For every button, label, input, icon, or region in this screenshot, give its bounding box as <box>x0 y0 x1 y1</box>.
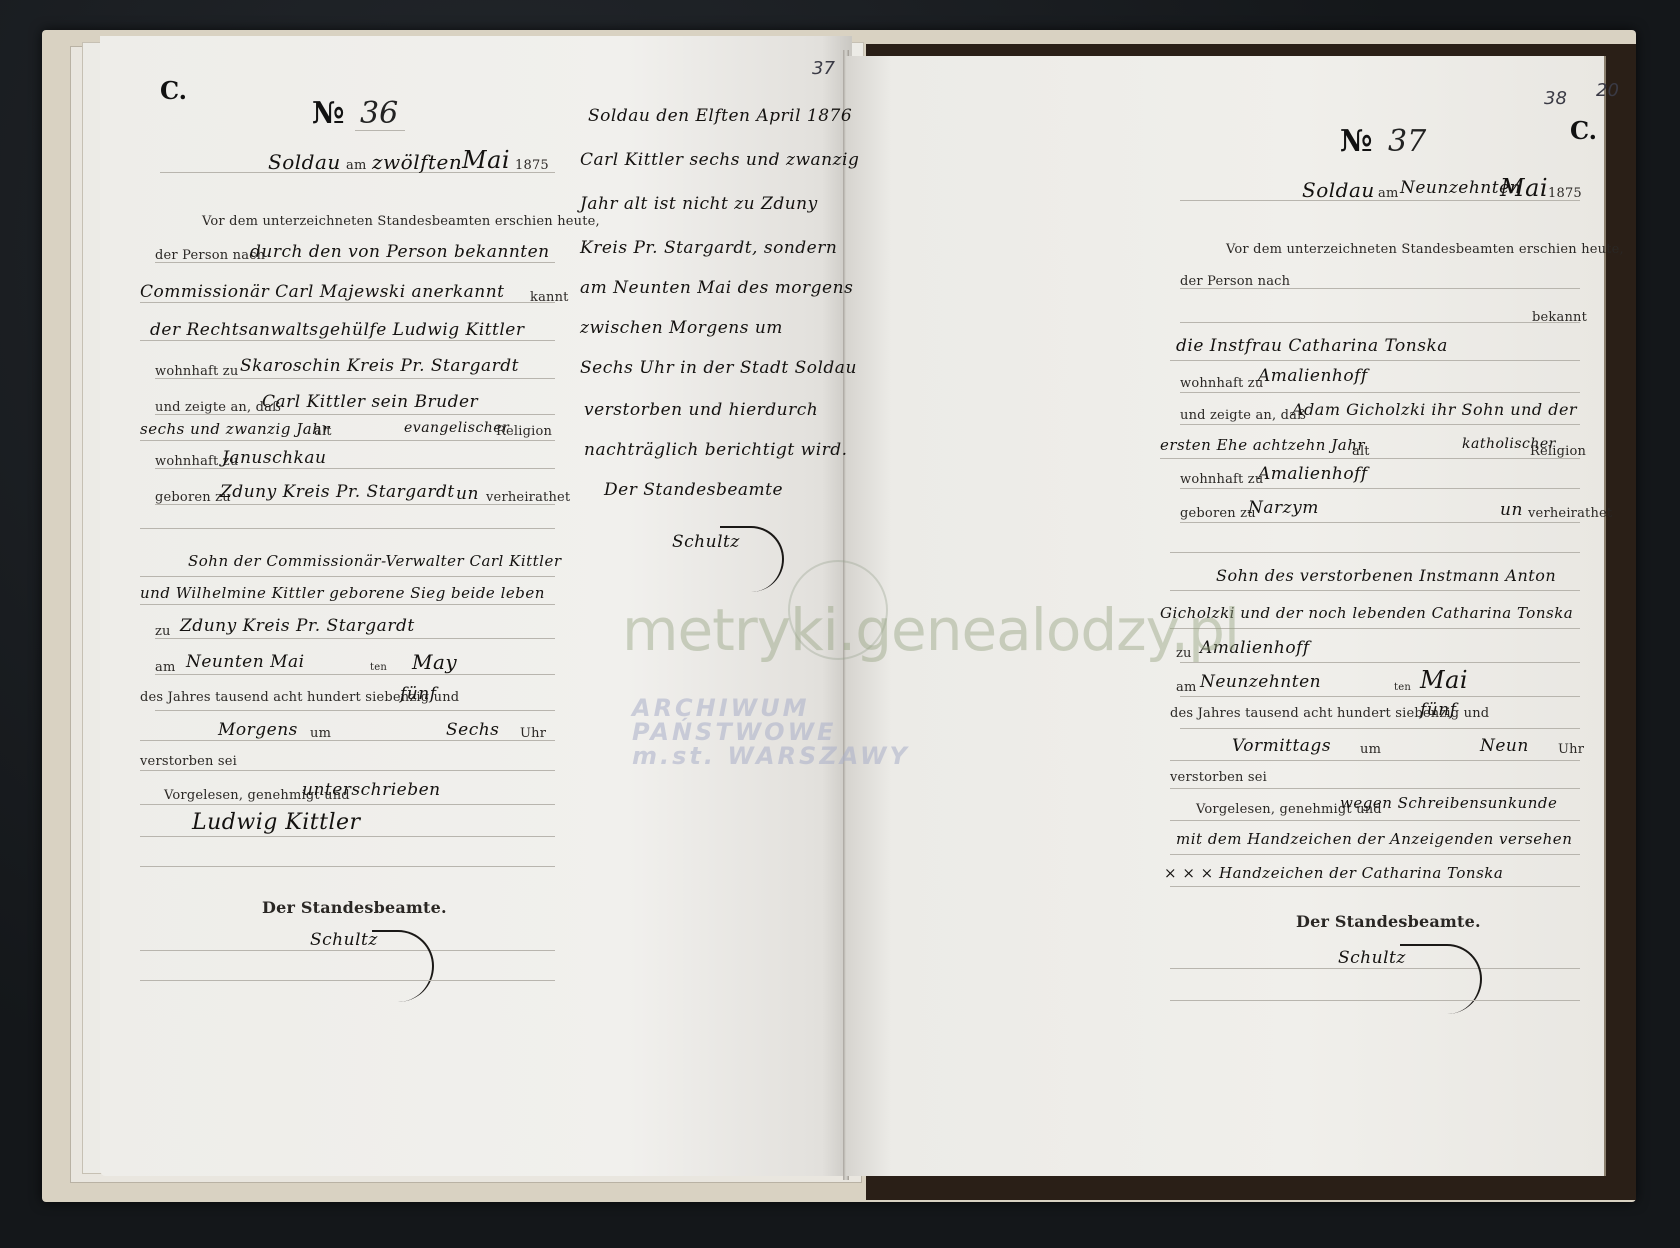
month: Mai <box>1500 174 1548 202</box>
margin-note-line: Der Standesbeamte <box>604 480 783 500</box>
record-number-label: № <box>1340 124 1373 159</box>
folio-number-pencil: 20 <box>1596 80 1619 101</box>
ten-label: ten <box>370 662 387 673</box>
officer-signature: Schultz <box>310 930 378 950</box>
parents-residence-hand: Zduny Kreis Pr. Stargardt <box>180 616 415 636</box>
informant-hand: die Instfrau Catharina Tonska <box>1176 336 1448 356</box>
religion-hand: evangelischer <box>404 420 509 436</box>
married-status-hand: un <box>1500 500 1523 520</box>
watermark-archive-line: PAŃSTWOWE <box>632 720 836 744</box>
watermark-archive-line: m.st. WARSZAWY <box>632 744 910 768</box>
religion-label: Religion <box>496 424 552 439</box>
person-label: der Person nach <box>1180 274 1290 289</box>
alt-label: alt <box>314 424 332 439</box>
reported-label: und zeigte an, daß <box>1180 408 1306 423</box>
signed-hand: unterschrieben <box>302 780 441 800</box>
residence-hand: Skaroschin Kreis Pr. Stargardt <box>240 356 519 376</box>
zu-label: zu <box>155 624 171 639</box>
page-number-pencil: 37 <box>812 58 835 79</box>
margin-note-line: Carl Kittler sechs und zwanzig <box>580 150 859 170</box>
section-letter: C. <box>160 76 187 105</box>
residence2-hand: Januschkau <box>222 448 326 468</box>
margin-note-line: nachträglich berichtigt wird. <box>584 440 848 460</box>
month: Mai <box>462 146 510 174</box>
year-hand: fünf <box>1420 700 1456 720</box>
person-hand: durch den von Person bekannten <box>250 242 550 262</box>
am-label: am <box>1176 680 1196 695</box>
am-label: am <box>155 660 175 675</box>
death-month-hand: May <box>412 650 457 674</box>
kannt-label: kannt <box>530 290 569 305</box>
deceased-hand: Adam Gicholzki ihr Sohn und der <box>1292 400 1577 419</box>
place: Soldau <box>1302 178 1375 202</box>
married-label: verheirathet <box>1528 506 1612 521</box>
identifier-hand: Commissionär Carl Majewski anerkannt <box>140 282 505 302</box>
signature-flourish <box>720 526 784 592</box>
intro-text: Vor dem unterzeichneten Standesbeamten e… <box>202 214 600 229</box>
age-hand: sechs und zwanzig Jahr <box>140 420 330 438</box>
born-hand: Narzym <box>1248 498 1319 518</box>
watermark-site: metryki.genealodzy.pl <box>622 596 1239 664</box>
death-day-hand: Neunzehnten <box>1200 672 1321 692</box>
watermark-archive-line: ARCHIWUM <box>632 696 810 720</box>
year-hand: fünf <box>400 684 436 704</box>
am-label: am <box>1378 186 1398 201</box>
margin-note-line: am Neunten Mai des morgens <box>580 278 853 298</box>
died-label: verstorben sei <box>1170 770 1267 785</box>
day: zwölften <box>372 150 462 174</box>
time-of-day-hand: Morgens <box>218 720 298 740</box>
parents-hand-2: und Wilhelmine Kittler geborene Sieg bei… <box>140 584 545 602</box>
margin-note-line: verstorben und hierdurch <box>584 400 818 420</box>
uhr-label: Uhr <box>1558 742 1584 757</box>
informant-hand: der Rechtsanwaltsgehülfe Ludwig Kittler <box>150 320 524 340</box>
signature-flourish <box>1400 944 1482 1014</box>
margin-note-line: Jahr alt ist nicht zu Zduny <box>580 194 818 214</box>
officer-label: Der Standesbeamte. <box>262 898 447 917</box>
death-day-hand: Neunten Mai <box>186 652 305 672</box>
married-status-hand: un <box>456 484 479 504</box>
year: 1875 <box>1548 186 1582 201</box>
born-hand: Zduny Kreis Pr. Stargardt <box>220 482 455 502</box>
section-letter: C. <box>1570 116 1597 145</box>
age-hand: ersten Ehe achtzehn Jahr <box>1160 436 1365 454</box>
bekannt-label: bekannt <box>1532 310 1587 325</box>
ten-label: ten <box>1394 682 1411 693</box>
person-label: der Person nach <box>155 248 265 263</box>
record-number: 36 <box>360 96 398 131</box>
born-label: geboren zu <box>1180 506 1256 521</box>
signed-hand: wegen Schreibensunkunde <box>1340 794 1557 812</box>
time-of-day-hand: Vormittags <box>1232 736 1331 756</box>
married-label: verheirathet <box>486 490 570 505</box>
hour-hand: Neun <box>1480 736 1529 756</box>
residence-label: wohnhaft zu <box>155 364 238 379</box>
alt-label: alt <box>1352 444 1370 459</box>
handmark-note: mit dem Handzeichen der Anzeigenden vers… <box>1176 830 1572 848</box>
death-month-hand: Mai <box>1420 666 1468 694</box>
residence-label: wohnhaft zu <box>1180 376 1263 391</box>
um-label: um <box>310 726 331 741</box>
residence2-label: wohnhaft zu <box>1180 472 1263 487</box>
died-label: verstorben sei <box>140 754 237 769</box>
residence2-hand: Amalienhoff <box>1258 464 1368 484</box>
deceased-hand: Carl Kittler sein Bruder <box>262 392 478 412</box>
margin-note-line: Sechs Uhr in der Stadt Soldau <box>580 358 857 378</box>
year: 1875 <box>515 158 549 173</box>
parents-hand-1: Sohn des verstorbenen Instmann Anton <box>1216 566 1556 585</box>
am-label: am <box>346 158 366 173</box>
officer-signature: Schultz <box>1338 948 1406 968</box>
rule <box>355 130 405 131</box>
um-label: um <box>1360 742 1381 757</box>
residence-hand: Amalienhoff <box>1258 366 1368 386</box>
place: Soldau <box>268 150 341 174</box>
record-number-label: № <box>312 96 345 131</box>
margin-note-line: Kreis Pr. Stargardt, sondern <box>580 238 837 258</box>
handmark-line: × × × Handzeichen der Catharina Tonska <box>1164 864 1503 882</box>
hour-hand: Sechs <box>446 720 499 740</box>
record-number: 37 <box>1388 124 1426 159</box>
uhr-label: Uhr <box>520 726 546 741</box>
page-number-pencil: 38 <box>1544 88 1567 109</box>
religion-label: Religion <box>1530 444 1586 459</box>
margin-note-line: Soldau den Elften April 1876 <box>588 106 852 126</box>
parents-hand-1: Sohn der Commissionär-Verwalter Carl Kit… <box>188 552 562 570</box>
intro-text: Vor dem unterzeichneten Standesbeamten e… <box>1226 242 1624 257</box>
informant-signature: Ludwig Kittler <box>192 810 361 835</box>
margin-note-line: zwischen Morgens um <box>580 318 783 338</box>
officer-label: Der Standesbeamte. <box>1296 912 1481 931</box>
